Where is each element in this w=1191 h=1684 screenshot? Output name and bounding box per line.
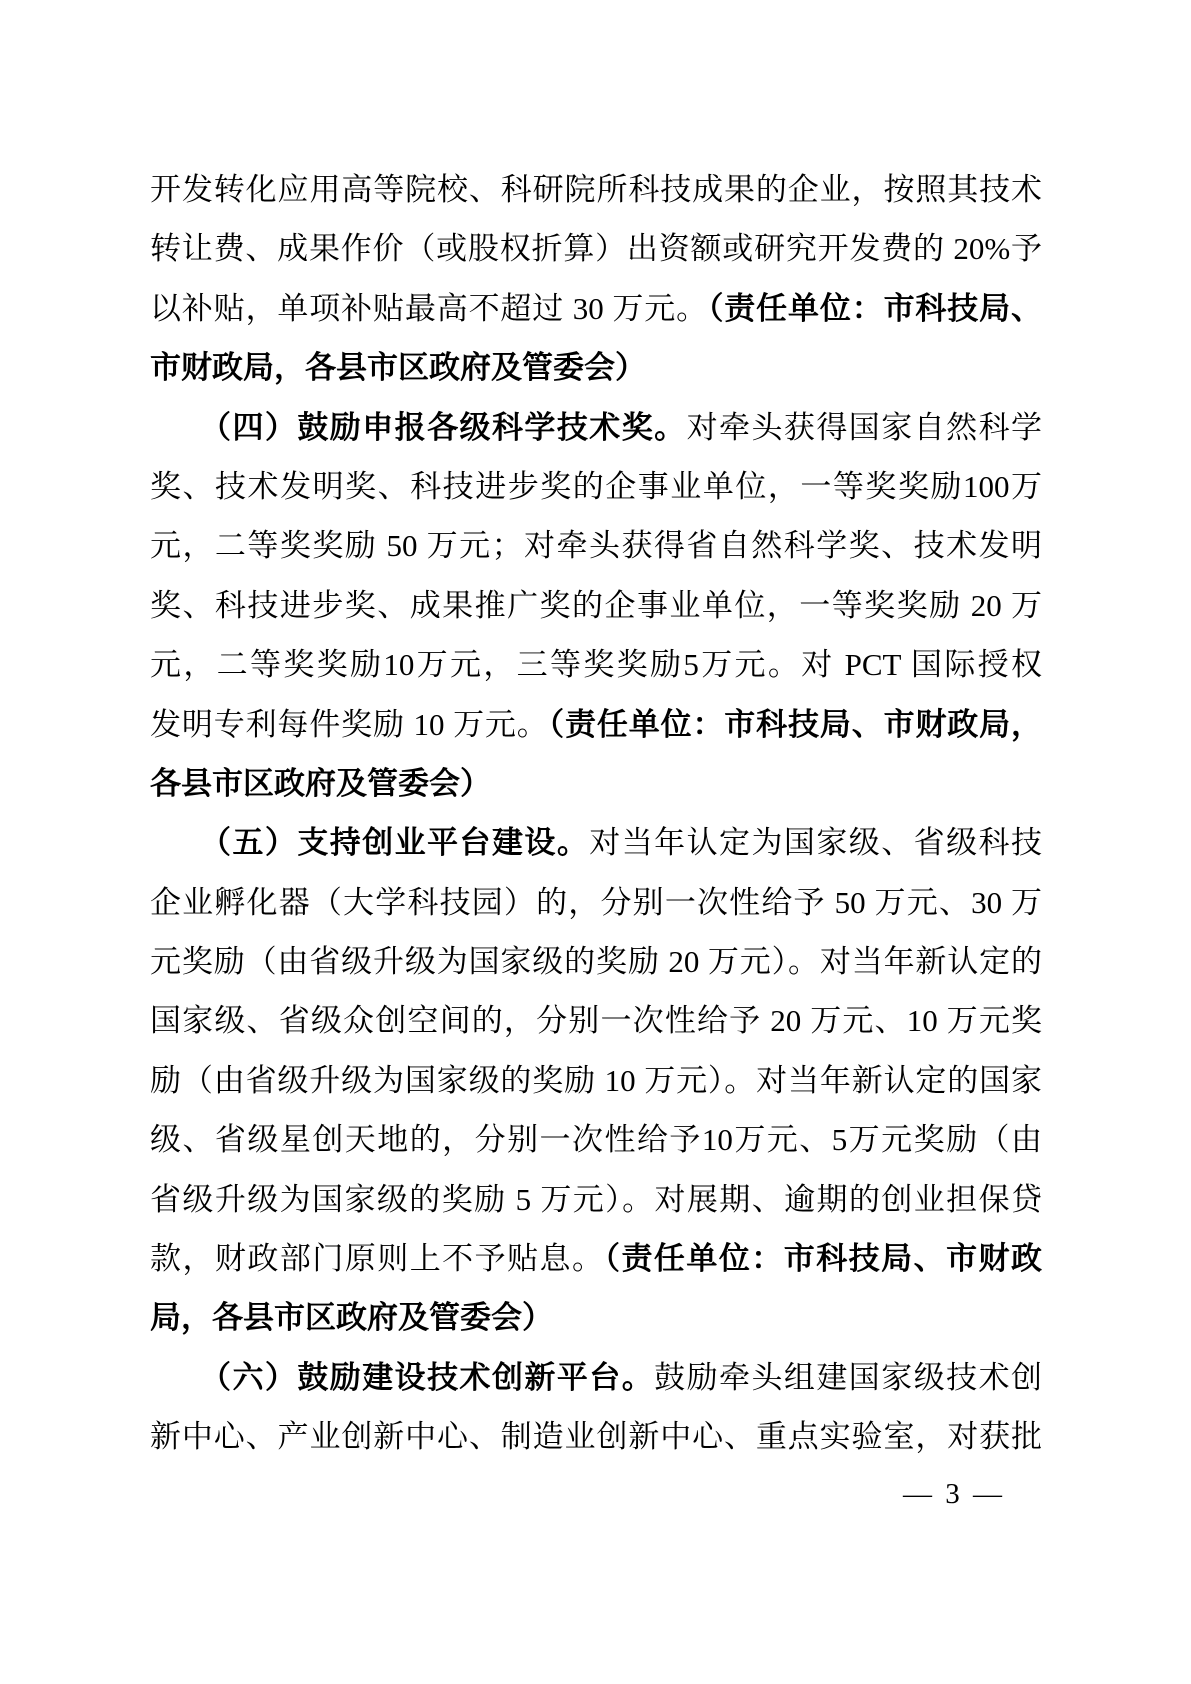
text-line-22: 新中心、产业创新中心、制造业创新中心、重点实验室，对获批	[150, 1407, 1042, 1466]
text-segment: 元，二等奖奖励10万元，三等奖奖励5万元。对 PCT 国际授权	[150, 647, 1042, 682]
text-segment: 鼓励牵头组建国家级技术创	[654, 1360, 1042, 1395]
text-line-15: 国家级、省级众创空间的，分别一次性给予 20 万元、10 万元奖	[150, 991, 1042, 1050]
text-line-7: 元，二等奖奖励 50 万元；对牵头获得省自然科学奖、技术发明	[150, 516, 1042, 575]
text-line-6: 奖、技术发明奖、科技进步奖的企事业单位，一等奖奖励100万	[150, 457, 1042, 516]
bold-text-segment: 各县市区政府及管委会）	[150, 766, 491, 801]
bold-text-segment: （六）鼓励建设技术创新平台。	[200, 1360, 654, 1395]
bold-text-segment: 市财政局，各县市区政府及管委会）	[150, 350, 646, 385]
text-segment: 转让费、成果作价（或股权折算）出资额或研究开发费的 20%予	[150, 231, 1042, 266]
text-line-2: 转让费、成果作价（或股权折算）出资额或研究开发费的 20%予	[150, 219, 1042, 278]
text-line-12: （五）支持创业平台建设。对当年认定为国家级、省级科技	[150, 813, 1042, 872]
bold-text-segment: （责任单位：市科技局、市财政	[604, 1241, 1042, 1276]
text-line-21: （六）鼓励建设技术创新平台。鼓励牵头组建国家级技术创	[150, 1348, 1042, 1407]
text-segment: 对当年认定为国家级、省级科技	[589, 825, 1042, 860]
text-segment: 对牵头获得国家自然科学	[687, 410, 1042, 445]
bold-text-segment: （责任单位：市科技局、	[708, 291, 1042, 326]
text-line-1: 开发转化应用高等院校、科研院所科技成果的企业，按照其技术	[150, 160, 1042, 219]
text-segment: 企业孵化器（大学科技园）的，分别一次性给予 50 万元、30 万	[150, 885, 1042, 920]
text-line-8: 奖、科技进步奖、成果推广奖的企事业单位，一等奖奖励 20 万	[150, 576, 1042, 635]
bold-text-segment: （五）支持创业平台建设。	[200, 825, 589, 860]
text-line-17: 级、省级星创天地的，分别一次性给予10万元、5万元奖励（由	[150, 1110, 1042, 1169]
text-segment: 励（由省级升级为国家级的奖励 10 万元）。对当年新认定的国家	[150, 1063, 1042, 1098]
text-line-4: 市财政局，各县市区政府及管委会）	[150, 338, 1042, 397]
bold-text-segment: 局，各县市区政府及管委会）	[150, 1300, 553, 1335]
document-page: 开发转化应用高等院校、科研院所科技成果的企业，按照其技术转让费、成果作价（或股权…	[0, 0, 1191, 1684]
text-line-13: 企业孵化器（大学科技园）的，分别一次性给予 50 万元、30 万	[150, 873, 1042, 932]
text-segment: 以补贴，单项补贴最高不超过 30 万元。	[150, 291, 708, 326]
text-segment: 元奖励（由省级升级为国家级的奖励 20 万元）。对当年新认定的	[150, 944, 1042, 979]
text-line-20: 局，各县市区政府及管委会）	[150, 1288, 1042, 1347]
text-line-18: 省级升级为国家级的奖励 5 万元）。对展期、逾期的创业担保贷	[150, 1170, 1042, 1229]
text-segment: 国家级、省级众创空间的，分别一次性给予 20 万元、10 万元奖	[150, 1003, 1042, 1038]
text-segment: 发明专利每件奖励 10 万元。	[150, 707, 549, 742]
text-segment: 级、省级星创天地的，分别一次性给予10万元、5万元奖励（由	[150, 1122, 1042, 1157]
text-segment: 奖、技术发明奖、科技进步奖的企事业单位，一等奖奖励100万	[150, 469, 1042, 504]
text-segment: 奖、科技进步奖、成果推广奖的企事业单位，一等奖奖励 20 万	[150, 588, 1042, 623]
text-line-9: 元，二等奖奖励10万元，三等奖奖励5万元。对 PCT 国际授权	[150, 635, 1042, 694]
document-body-text: 开发转化应用高等院校、科研院所科技成果的企业，按照其技术转让费、成果作价（或股权…	[150, 160, 1042, 1467]
text-line-16: 励（由省级升级为国家级的奖励 10 万元）。对当年新认定的国家	[150, 1051, 1042, 1110]
text-segment: 款，财政部门原则上不予贴息。	[150, 1241, 604, 1276]
text-line-3: 以补贴，单项补贴最高不超过 30 万元。（责任单位：市科技局、	[150, 279, 1042, 338]
text-segment: 新中心、产业创新中心、制造业创新中心、重点实验室，对获批	[150, 1419, 1042, 1454]
text-segment: 开发转化应用高等院校、科研院所科技成果的企业，按照其技术	[150, 172, 1042, 207]
text-line-19: 款，财政部门原则上不予贴息。（责任单位：市科技局、市财政	[150, 1229, 1042, 1288]
page-number: — 3 —	[903, 1474, 1005, 1514]
bold-text-segment: （四）鼓励申报各级科学技术奖。	[200, 410, 687, 445]
bold-text-segment: （责任单位：市科技局、市财政局，	[549, 707, 1042, 742]
text-line-11: 各县市区政府及管委会）	[150, 754, 1042, 813]
text-segment: 省级升级为国家级的奖励 5 万元）。对展期、逾期的创业担保贷	[150, 1182, 1042, 1217]
text-line-14: 元奖励（由省级升级为国家级的奖励 20 万元）。对当年新认定的	[150, 932, 1042, 991]
text-line-5: （四）鼓励申报各级科学技术奖。对牵头获得国家自然科学	[150, 398, 1042, 457]
text-line-10: 发明专利每件奖励 10 万元。（责任单位：市科技局、市财政局，	[150, 695, 1042, 754]
text-segment: 元，二等奖奖励 50 万元；对牵头获得省自然科学奖、技术发明	[150, 528, 1042, 563]
